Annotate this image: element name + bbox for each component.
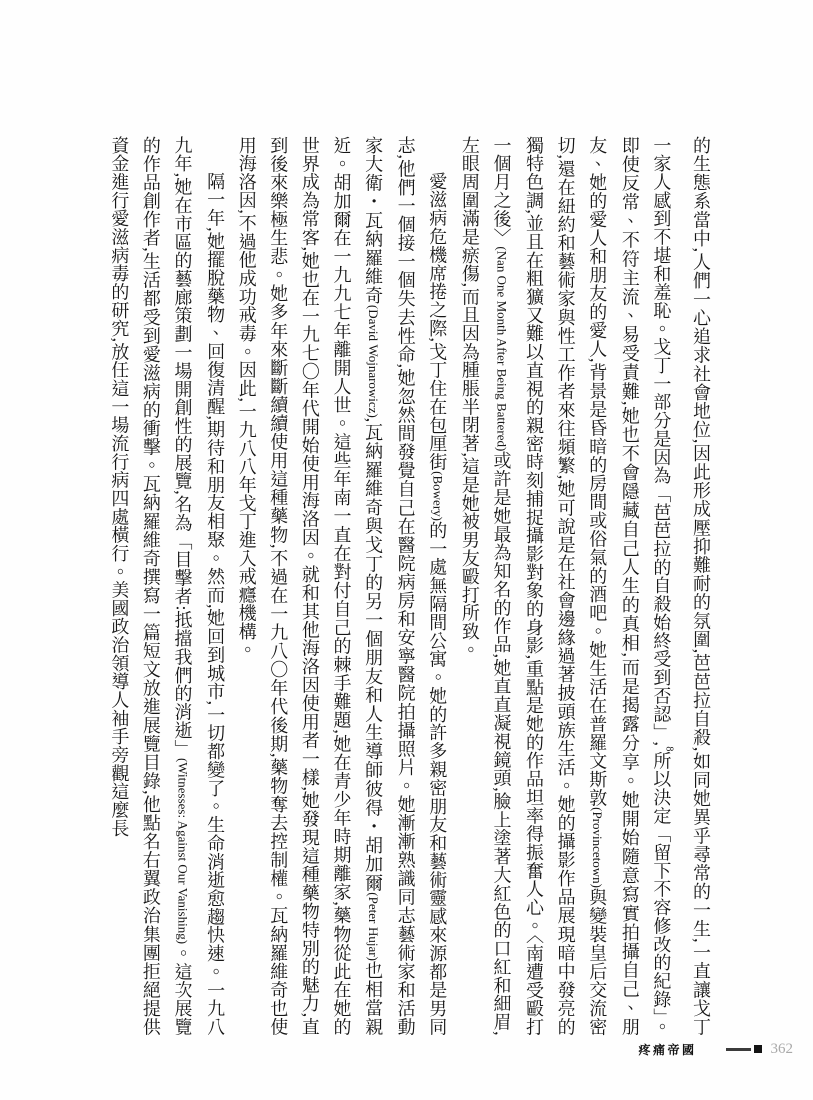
latin-text-run: (David Wojnarowicz) [366,305,381,418]
body-text: 的生態系當中,人們一心追求社會地位,因此形成壓抑難耐的氛圍,芭芭拉自殺,如同她異… [94,136,716,1036]
latin-text-run: (Nan One Month After Being Battered) [494,246,509,451]
book-title: 疼痛帝國 [638,1041,696,1058]
latin-text-run: (Witnesses: Against Our Vanishing) [176,758,191,944]
square-bullet-icon [754,1045,762,1053]
text-run: 愛滋病危機席捲之際,戈丁住在包厘街 [427,172,447,471]
dash-rule [726,1048,751,1051]
paragraph: 愛滋病危機席捲之際,戈丁住在包厘街(Bowery)的一處無隔間公寓。她的許多親密… [230,136,453,1036]
latin-text-run: (Bowery) [430,471,445,521]
text-run: ,瓦納羅維奇與戈丁的另一個朋友和人生導師彼得・胡加爾 [363,418,383,892]
latin-text-run: (Provincetown) [590,807,605,888]
book-page: 的生態系當中,人們一心追求社會地位,因此形成壓抑難耐的氛圍,芭芭拉自殺,如同她異… [0,0,813,1100]
paragraph: 隔一年,她擺脫藥物、回復清醒,期待和朋友相聚。然而,她回到城市,一切都變了。生命… [103,136,230,1036]
paragraph: 的生態系當中,人們一心追求社會地位,因此形成壓抑難耐的氛圍,芭芭拉自殺,如同她異… [453,136,716,1036]
page-footer: 疼痛帝國 362 [638,1040,793,1058]
page-number: 362 [771,1041,794,1058]
text-run: 也相當親近。胡加爾在一九九七年離開人世。這些年南一直在對付自己的棘手難題,她在青… [237,136,383,1036]
latin-text-run: (Peter Hujar) [366,892,381,961]
